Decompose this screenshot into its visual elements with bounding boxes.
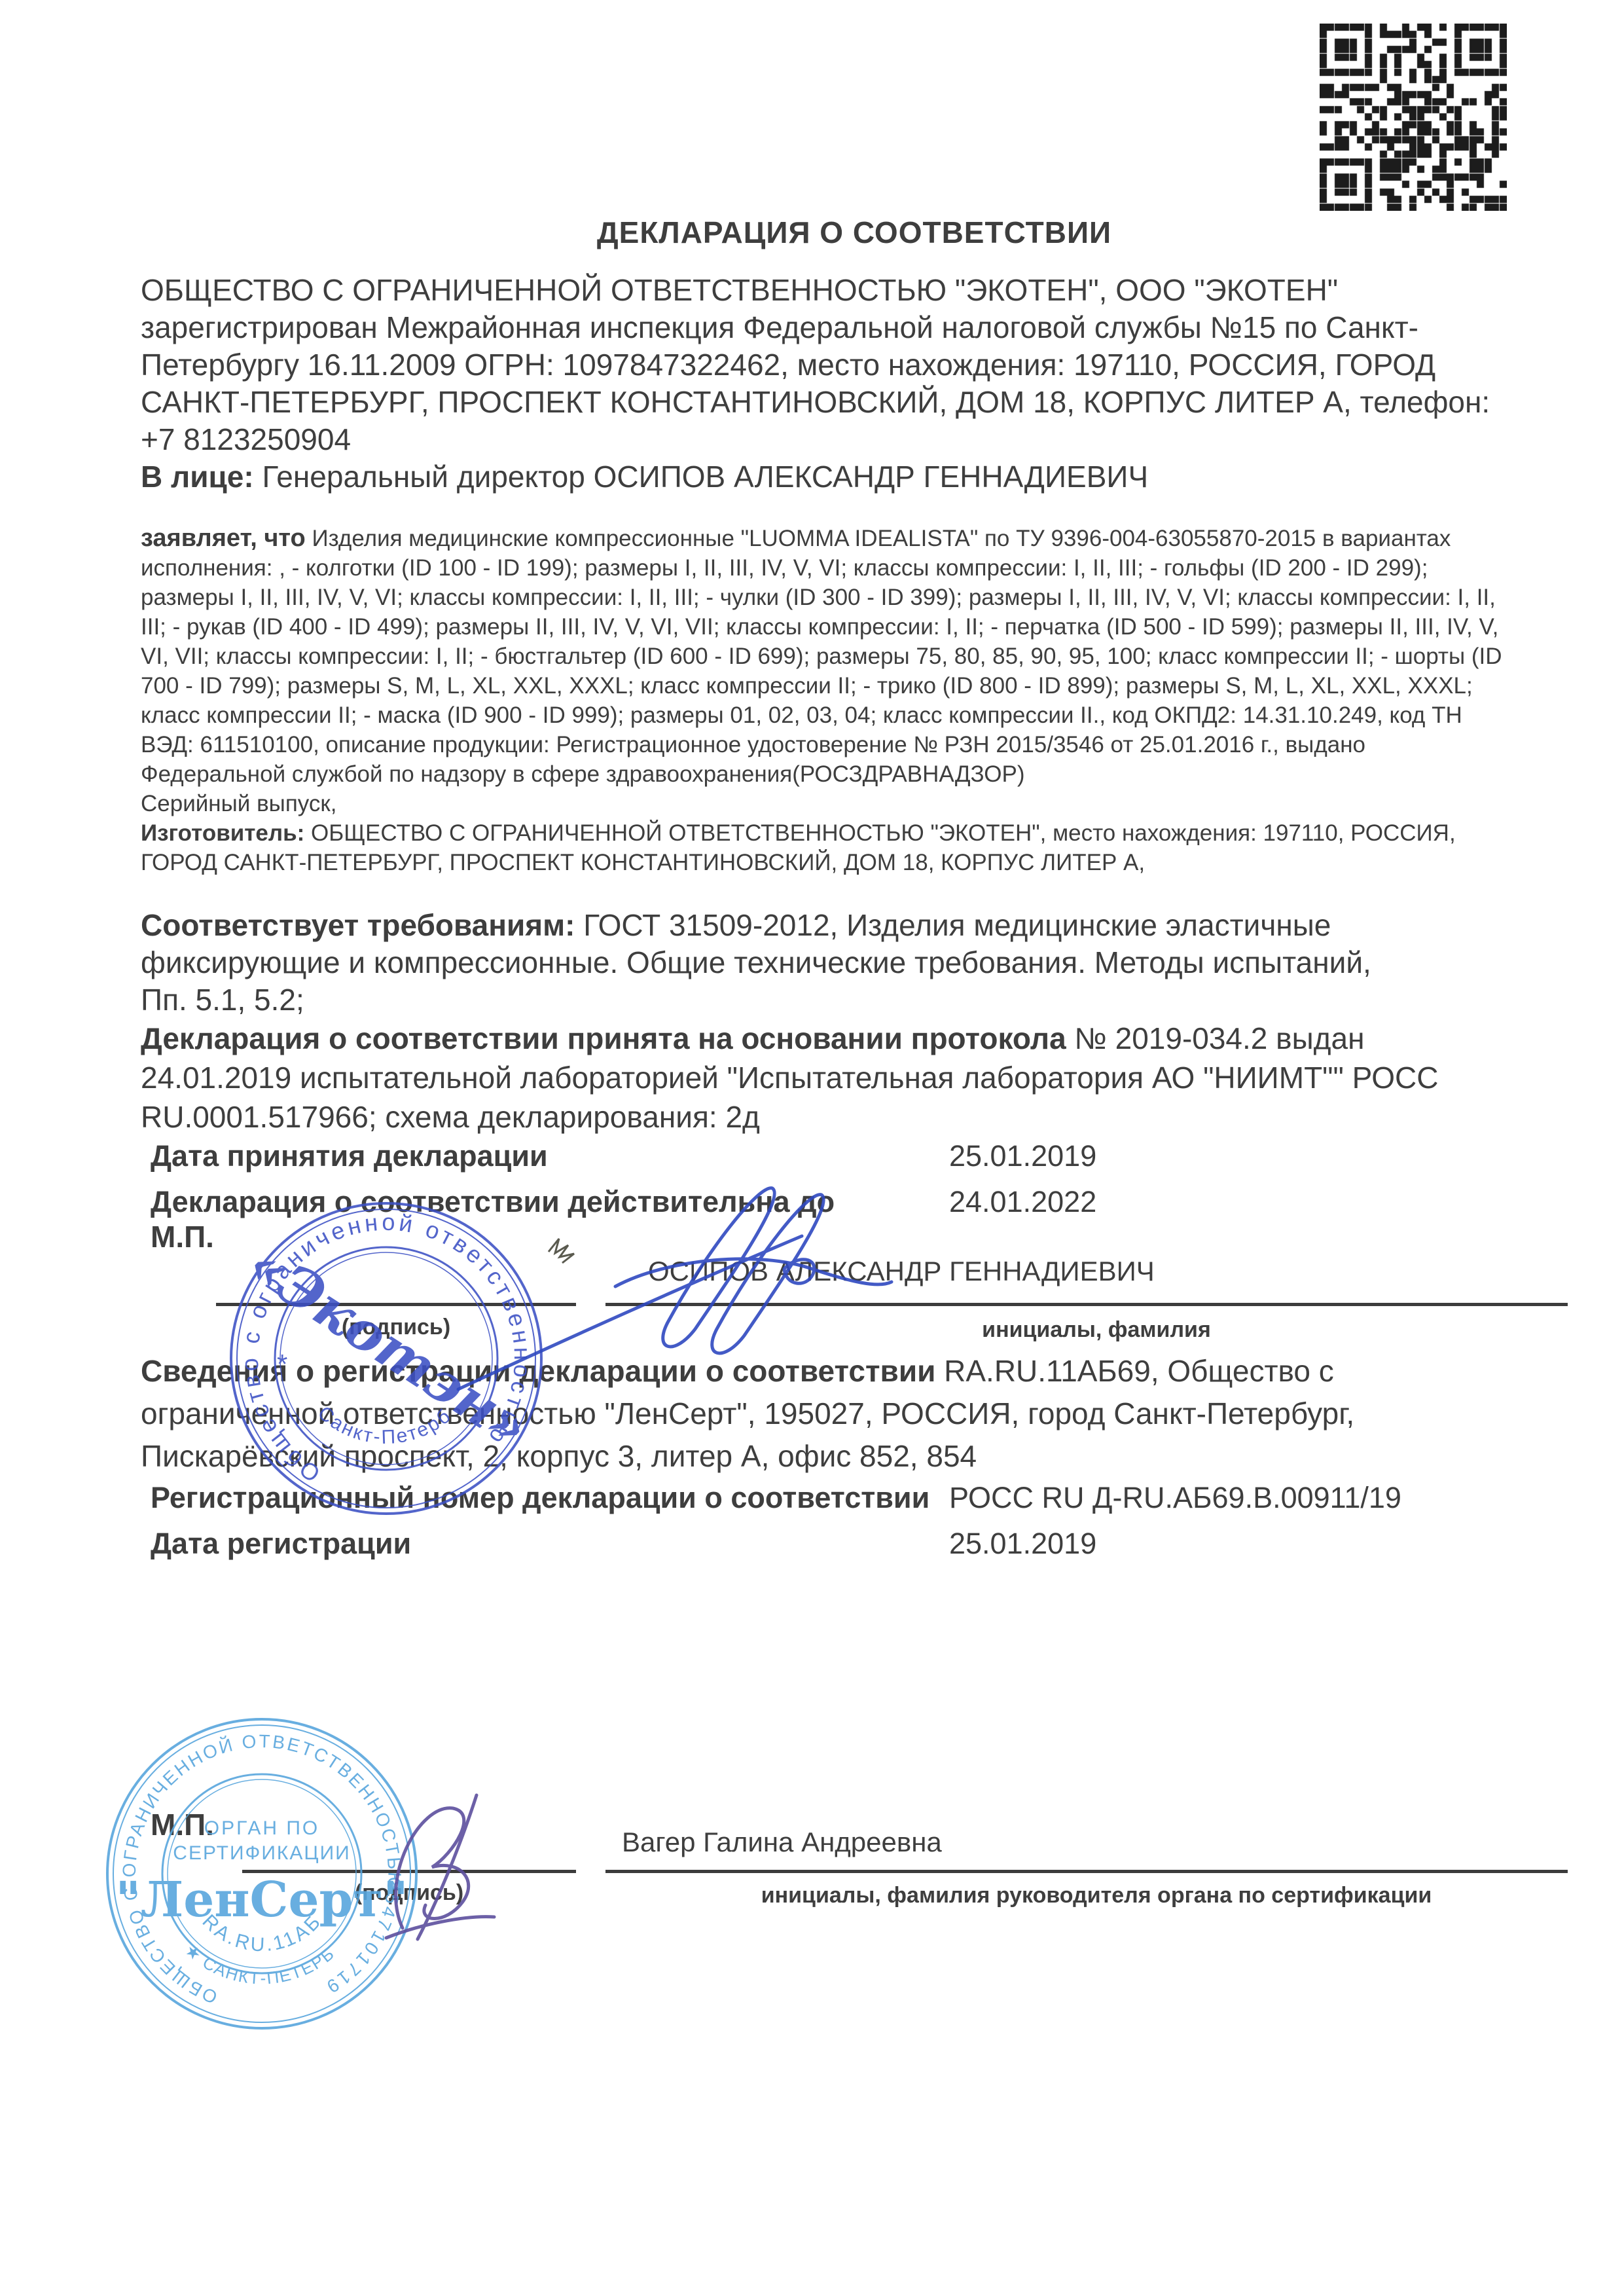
manufacturer-value: ОБЩЕСТВО С ОГРАНИЧЕННОЙ ОТВЕТСТВЕННОСТЬЮ… <box>141 820 1456 875</box>
in-person-value: Генеральный директор ОСИПОВ АЛЕКСАНДР ГЕ… <box>262 460 1148 494</box>
serial-release-line: Серийный выпуск, <box>141 789 1509 818</box>
conformity-block: Соответствует требованиям: ГОСТ 31509-20… <box>141 907 1398 1019</box>
stamp-place-label-1: М.П. <box>151 1219 214 1254</box>
registration-number-value: РОСС RU Д-RU.АБ69.В.00911/19 <box>949 1481 1401 1515</box>
registration-date-label: Дата регистрации <box>151 1527 411 1561</box>
statement-paragraph: заявляет, что Изделия медицинские компре… <box>141 524 1509 789</box>
certifier-name: Вагер Галина Андреевна <box>622 1827 942 1858</box>
certifier-signature <box>340 1768 537 1964</box>
manufacturer-line: Изготовитель: ОБЩЕСТВО С ОГРАНИЧЕННОЙ ОТ… <box>141 818 1509 877</box>
initials-caption-2: инициалы, фамилия руководителя органа по… <box>717 1883 1476 1908</box>
signature-line-long-2 <box>605 1870 1568 1873</box>
in-person-label: В лице: <box>141 460 254 494</box>
in-person-line: В лице: Генеральный директор ОСИПОВ АЛЕК… <box>141 458 1509 496</box>
conformity-label: Соответствует требованиям: <box>141 908 575 942</box>
declaration-document: ДЕКЛАРАЦИЯ О СООТВЕТСТВИИ ОБЩЕСТВО С ОГР… <box>0 0 1624 2296</box>
statement-block: заявляет, что Изделия медицинские компре… <box>141 524 1509 877</box>
statement-label: заявляет, что <box>141 524 306 552</box>
ecoten-star: * <box>277 1349 287 1379</box>
statement-text: Изделия медицинские компрессионные "LUOM… <box>141 526 1502 787</box>
director-signature <box>393 1159 929 1434</box>
pen-scribble <box>549 1239 574 1263</box>
lensert-inner-line2: СЕРТИФИКАЦИИ <box>173 1842 350 1864</box>
basis-label: Декларация о соответствии принята на осн… <box>141 1021 1066 1055</box>
registration-date-value: 25.01.2019 <box>949 1527 1096 1561</box>
manufacturer-label: Изготовитель: <box>141 820 304 846</box>
valid-until-value: 24.01.2022 <box>949 1185 1096 1219</box>
applicant-summary-text: ОБЩЕСТВО С ОГРАНИЧЕННОЙ ОТВЕТСТВЕННОСТЬЮ… <box>141 273 1490 456</box>
page-title: ДЕКЛАРАЦИЯ О СООТВЕТСТВИИ <box>170 215 1538 250</box>
basis-block: Декларация о соответствии принята на осн… <box>141 1019 1509 1137</box>
applicant-summary: ОБЩЕСТВО С ОГРАНИЧЕННОЙ ОТВЕТСТВЕННОСТЬЮ… <box>141 272 1509 458</box>
qr-code <box>1320 24 1507 211</box>
lensert-inner-line1: ОРГАН ПО <box>204 1817 320 1839</box>
adoption-date-value: 25.01.2019 <box>949 1139 1096 1173</box>
